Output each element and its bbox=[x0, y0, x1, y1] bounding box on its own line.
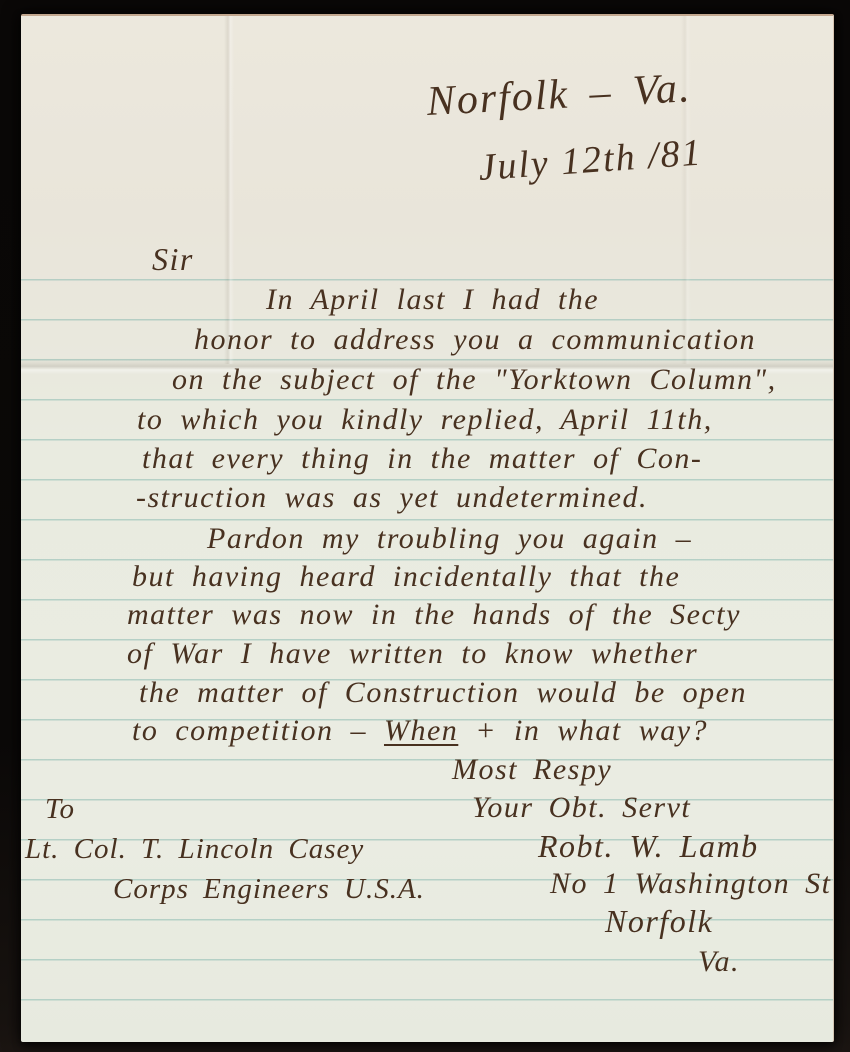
body-line-text: + in what way? bbox=[458, 714, 708, 747]
body-line: matter was now in the hands of the Secty bbox=[127, 599, 741, 631]
signature-address-city: Norfolk bbox=[605, 905, 713, 939]
salutation: Sir bbox=[152, 243, 194, 277]
body-line: -struction was as yet undetermined. bbox=[136, 482, 648, 514]
underlined-word: When bbox=[384, 714, 458, 747]
body-line: but having heard incidentally that the bbox=[132, 561, 680, 593]
vertical-fold-crease-left bbox=[224, 16, 234, 364]
photograph-background: { "document_type": "handwritten-letter",… bbox=[0, 0, 850, 1052]
body-line: to which you kindly replied, April 11th, bbox=[137, 404, 713, 436]
letter-paper: Norfolk – Va. July 12th /81 Sir In April… bbox=[21, 14, 834, 1042]
body-line: In April last I had the bbox=[266, 284, 599, 316]
body-line: of War I have written to know whether bbox=[127, 638, 698, 670]
closing-respectfully: Most Respy bbox=[452, 754, 612, 786]
body-line: honor to address you a communication bbox=[194, 324, 756, 356]
signature: Robt. W. Lamb bbox=[538, 830, 759, 864]
body-line: that every thing in the matter of Con- bbox=[142, 443, 702, 475]
signature-address-street: No 1 Washington St bbox=[550, 868, 831, 900]
addressee-organization: Corps Engineers U.S.A. bbox=[113, 874, 425, 904]
addressee-name: Lt. Col. T. Lincoln Casey bbox=[25, 834, 364, 864]
body-line: the matter of Construction would be open bbox=[139, 677, 747, 709]
body-line-text: to competition – bbox=[132, 714, 384, 747]
body-line: Pardon my troubling you again – bbox=[207, 523, 692, 555]
addressee-to: To bbox=[45, 794, 75, 824]
place-line: Norfolk – Va. bbox=[426, 66, 693, 124]
body-line: to competition – When + in what way? bbox=[132, 715, 708, 747]
closing-servant: Your Obt. Servt bbox=[472, 792, 691, 824]
date-line: July 12th /81 bbox=[477, 133, 704, 188]
body-line: on the subject of the "Yorktown Column", bbox=[172, 364, 777, 396]
signature-address-state: Va. bbox=[698, 946, 740, 978]
